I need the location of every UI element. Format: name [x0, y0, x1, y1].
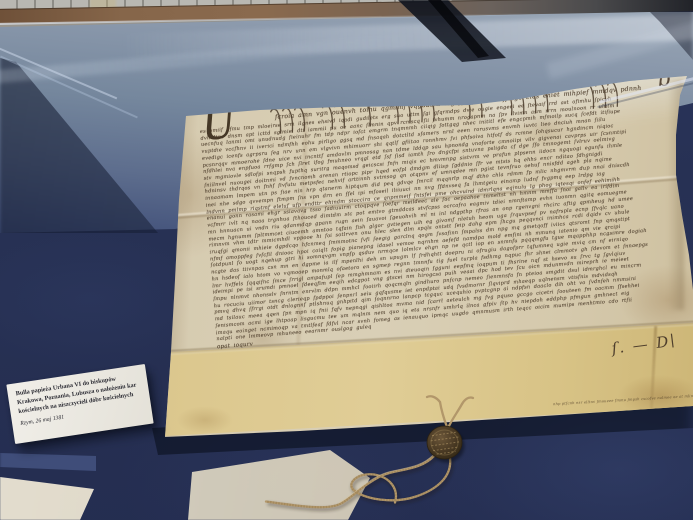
museum-display-case-photo: ſ. — D∣ nhp ptfcnh nsr elltnv ſmoueee fm…: [0, 0, 693, 520]
cord-shadow: [268, 458, 452, 509]
lead-seal-bulla: [427, 426, 462, 459]
seal-and-cord: [0, 0, 693, 520]
